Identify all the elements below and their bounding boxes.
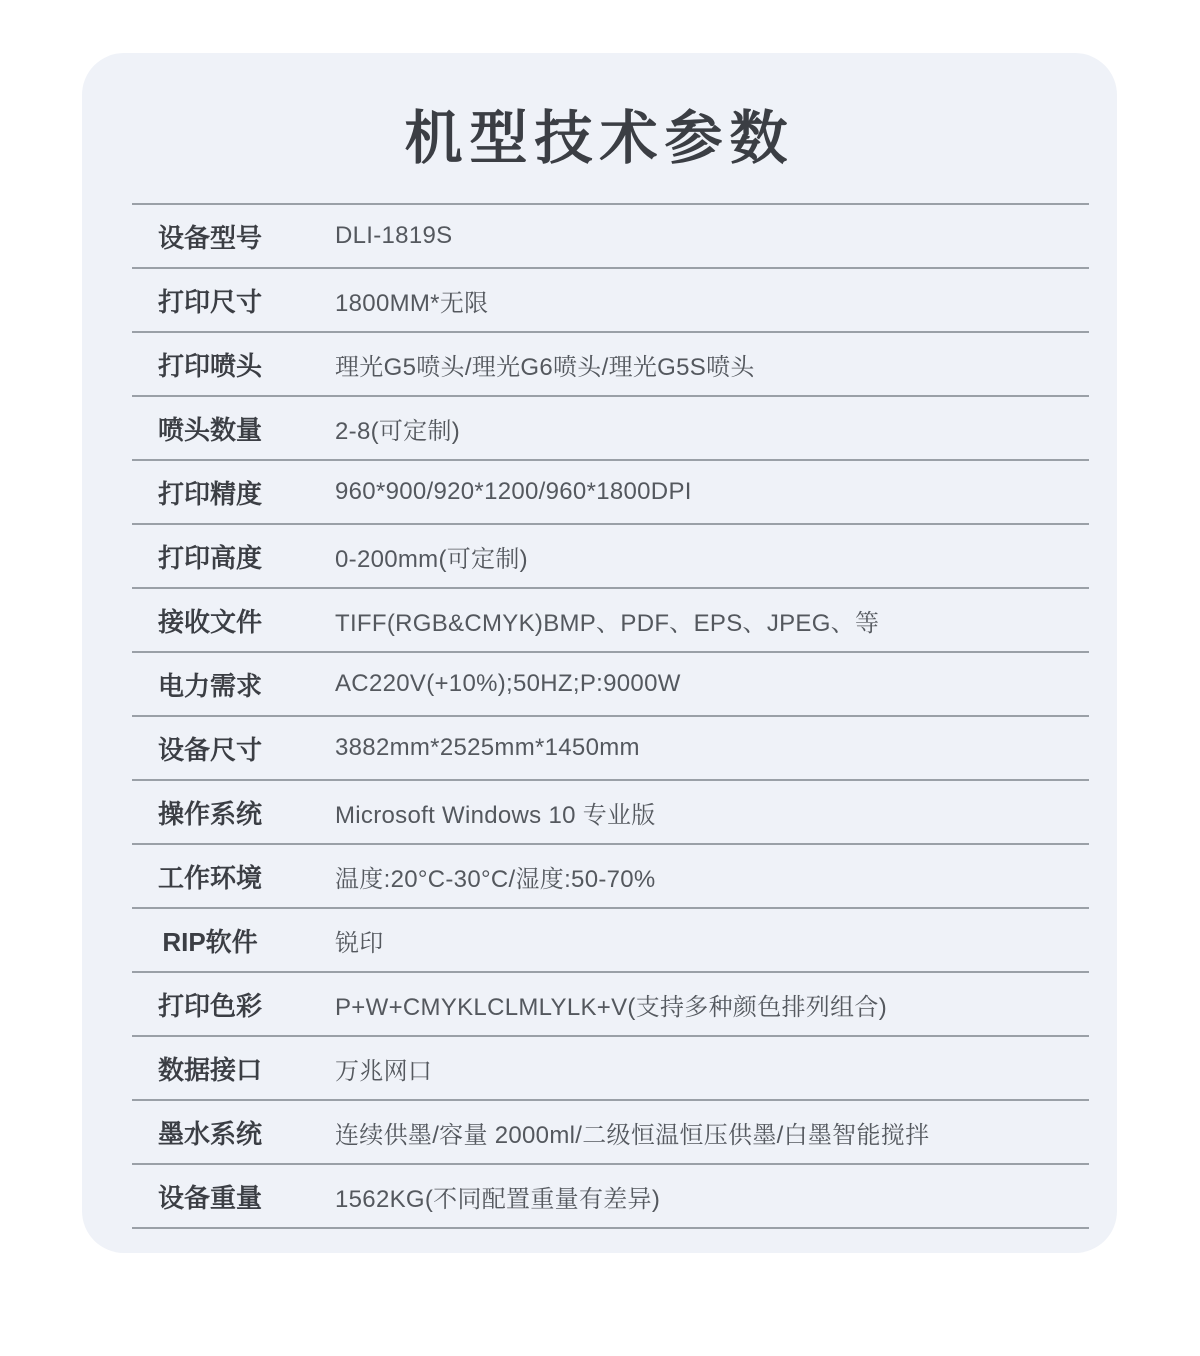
spec-row-label: 打印色彩	[132, 986, 288, 1023]
spec-row-value: 0-200mm(可定制)	[335, 539, 528, 574]
spec-row-label: 设备重量	[132, 1178, 288, 1215]
spec-row-value: 理光G5喷头/理光G6喷头/理光G5S喷头	[335, 347, 755, 382]
spec-row-value: 1800MM*无限	[335, 283, 488, 318]
spec-table: 设备型号 DLI-1819S 打印尺寸 1800MM*无限 打印喷头 理光G5喷…	[132, 203, 1089, 1229]
spec-row-value: DLI-1819S	[335, 222, 452, 250]
spec-row-label: 墨水系统	[132, 1114, 288, 1151]
spec-row-value: TIFF(RGB&CMYK)BMP、PDF、EPS、JPEG、等	[335, 603, 879, 638]
spec-row: 打印色彩 P+W+CMYKLCLMLYLK+V(支持多种颜色排列组合)	[132, 973, 1089, 1037]
spec-row-value: 温度:20°C-30°C/湿度:50-70%	[335, 859, 656, 894]
spec-row-label: 打印喷头	[132, 346, 288, 383]
spec-row-value: AC220V(+10%);50HZ;P:9000W	[335, 670, 681, 698]
spec-row: 操作系统 Microsoft Windows 10 专业版	[132, 781, 1089, 845]
spec-row: 电力需求 AC220V(+10%);50HZ;P:9000W	[132, 653, 1089, 717]
page-title: 机型技术参数	[82, 108, 1117, 170]
spec-row-label: 打印尺寸	[132, 282, 288, 319]
spec-row-label: 电力需求	[132, 666, 288, 703]
spec-row: 打印喷头 理光G5喷头/理光G6喷头/理光G5S喷头	[132, 333, 1089, 397]
spec-row-value: 960*900/920*1200/960*1800DPI	[335, 478, 692, 506]
spec-row: 数据接口 万兆网口	[132, 1037, 1089, 1101]
spec-row: 喷头数量 2-8(可定制)	[132, 397, 1089, 461]
spec-row-label: 打印精度	[132, 474, 288, 511]
spec-row: 工作环境 温度:20°C-30°C/湿度:50-70%	[132, 845, 1089, 909]
spec-card: 机型技术参数 设备型号 DLI-1819S 打印尺寸 1800MM*无限 打印喷…	[82, 53, 1117, 1253]
spec-row: 打印尺寸 1800MM*无限	[132, 269, 1089, 333]
spec-row-value: 1562KG(不同配置重量有差异)	[335, 1179, 660, 1214]
spec-row-label: 喷头数量	[132, 410, 288, 447]
spec-row-value: P+W+CMYKLCLMLYLK+V(支持多种颜色排列组合)	[335, 987, 887, 1022]
spec-row-label: RIP软件	[132, 922, 288, 959]
spec-row-label: 打印高度	[132, 538, 288, 575]
spec-row-label: 设备尺寸	[132, 730, 288, 767]
spec-row: 打印精度 960*900/920*1200/960*1800DPI	[132, 461, 1089, 525]
spec-row-value: 锐印	[335, 923, 384, 958]
spec-row-value: 3882mm*2525mm*1450mm	[335, 734, 640, 762]
spec-row: 墨水系统 连续供墨/容量 2000ml/二级恒温恒压供墨/白墨智能搅拌	[132, 1101, 1089, 1165]
spec-row-label: 工作环境	[132, 858, 288, 895]
spec-row: RIP软件 锐印	[132, 909, 1089, 973]
spec-row-label: 设备型号	[132, 218, 288, 255]
spec-row-value: Microsoft Windows 10 专业版	[335, 795, 656, 830]
spec-row: 接收文件 TIFF(RGB&CMYK)BMP、PDF、EPS、JPEG、等	[132, 589, 1089, 653]
spec-row-label: 操作系统	[132, 794, 288, 831]
spec-row-label: 接收文件	[132, 602, 288, 639]
spec-row: 设备型号 DLI-1819S	[132, 205, 1089, 269]
spec-row: 设备重量 1562KG(不同配置重量有差异)	[132, 1165, 1089, 1229]
spec-row-value: 2-8(可定制)	[335, 411, 460, 446]
spec-row: 打印高度 0-200mm(可定制)	[132, 525, 1089, 589]
spec-row-value: 万兆网口	[335, 1051, 432, 1086]
spec-row-label: 数据接口	[132, 1050, 288, 1087]
spec-row-value: 连续供墨/容量 2000ml/二级恒温恒压供墨/白墨智能搅拌	[335, 1115, 929, 1150]
spec-row: 设备尺寸 3882mm*2525mm*1450mm	[132, 717, 1089, 781]
